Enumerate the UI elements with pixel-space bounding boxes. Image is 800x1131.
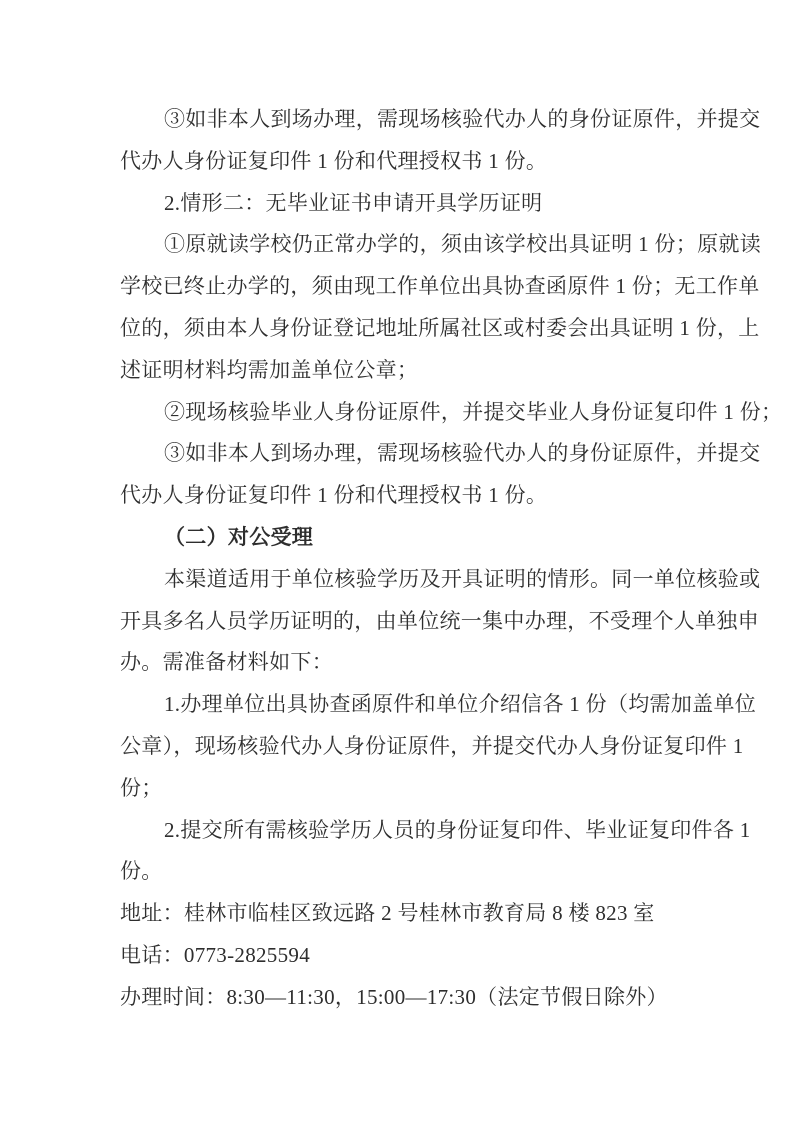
text-line: 本渠道适用于单位核验学历及开具证明的情形。同一单位核验或 [120,559,692,601]
document-page: ③如非本人到场办理，需现场核验代办人的身份证原件，并提交 代办人身份证复印件 1… [0,0,800,1131]
text-line: 代办人身份证复印件 1 份和代理授权书 1 份。 [120,141,692,183]
text-line: 办。需准备材料如下： [120,642,692,684]
phone-line: 电话：0773-2825594 [120,935,692,977]
office-hours-line: 办理时间：8:30—11:30，15:00—17:30（法定节假日除外） [120,977,692,1019]
text-line: 述证明材料均需加盖单位公章； [120,350,692,392]
document-body: ③如非本人到场办理，需现场核验代办人的身份证原件，并提交 代办人身份证复印件 1… [120,99,692,1019]
text-line: 位的，须由本人身份证登记地址所属社区或村委会出具证明 1 份，上 [120,308,692,350]
text-line: 公章），现场核验代办人身份证原件，并提交代办人身份证复印件 1 [120,726,692,768]
text-line: 开具多名人员学历证明的，由单位统一集中办理，不受理个人单独申 [120,601,692,643]
text-line: 份； [120,768,692,810]
text-line: ③如非本人到场办理，需现场核验代办人的身份证原件，并提交 [120,433,692,475]
section-heading-corporate-acceptance: （二）对公受理 [120,517,692,559]
text-line: 代办人身份证复印件 1 份和代理授权书 1 份。 [120,475,692,517]
text-line: 份。 [120,851,692,893]
address-line: 地址：桂林市临桂区致远路 2 号桂林市教育局 8 楼 823 室 [120,893,692,935]
text-line: 2.提交所有需核验学历人员的身份证复印件、毕业证复印件各 1 [120,810,692,852]
text-line: ②现场核验毕业人身份证原件，并提交毕业人身份证复印件 1 份； [120,392,692,434]
text-line: 学校已终止办学的，须由现工作单位出具协查函原件 1 份；无工作单 [120,266,692,308]
text-line: ③如非本人到场办理，需现场核验代办人的身份证原件，并提交 [120,99,692,141]
text-line: ①原就读学校仍正常办学的，须由该学校出具证明 1 份；原就读 [120,224,692,266]
text-line: 1.办理单位出具协查函原件和单位介绍信各 1 份（均需加盖单位 [120,684,692,726]
text-line-case2-title: 2.情形二：无毕业证书申请开具学历证明 [120,183,692,225]
